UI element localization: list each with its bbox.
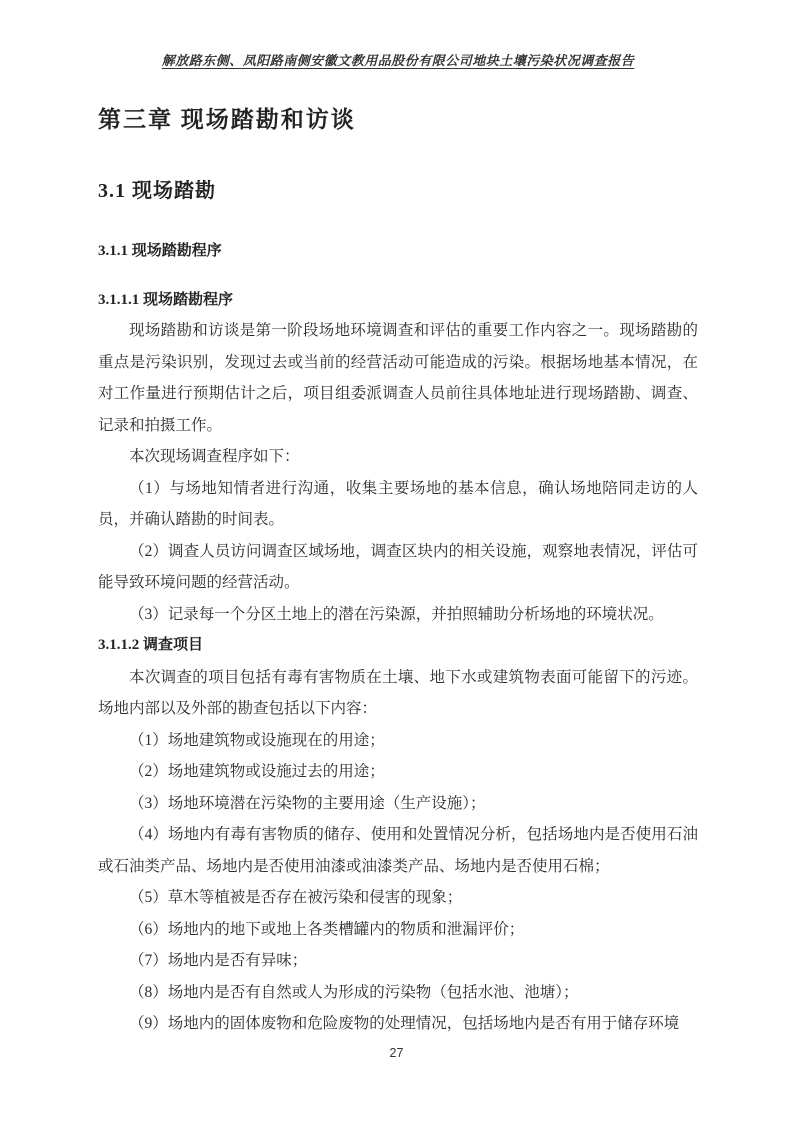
procedure-item: （1）与场地知情者进行沟通，收集主要场地的基本信息，确认场地陪同走访的人员，并确…: [98, 473, 698, 536]
subsubsection-title: 3.1.1.1 现场踏勘程序: [98, 288, 698, 309]
page-header: 解放路东侧、凤阳路南侧安徽文教用品股份有限公司地块土壤污染状况调查报告: [98, 50, 698, 69]
survey-item: （9）场地内的固体废物和危险废物的处理情况，包括场地内是否有用于储存环境: [98, 1008, 698, 1040]
page-number: 27: [0, 1046, 793, 1060]
survey-item: （3）场地环境潜在污染物的主要用途（生产设施）；: [98, 788, 698, 820]
survey-item: （8）场地内是否有自然或人为形成的污染物（包括水池、池塘）；: [98, 977, 698, 1009]
survey-heading: 3.1.1.2 调查项目: [98, 630, 698, 662]
chapter-title: 第三章 现场踏勘和访谈: [98, 101, 698, 134]
paragraph-procedure-lead: 本次现场调查程序如下：: [98, 441, 698, 473]
procedure-item: （2）调查人员访问调查区域场地，调查区块内的相关设施，观察地表情况，评估可能导致…: [98, 536, 698, 599]
survey-item: （1）场地建筑物或设施现在的用途；: [98, 725, 698, 757]
survey-item: （6）场地内的地下或地上各类槽罐内的物质和泄漏评价；: [98, 914, 698, 946]
survey-item: （5）草木等植被是否存在被污染和侵害的现象；: [98, 882, 698, 914]
survey-item: （2）场地建筑物或设施过去的用途；: [98, 756, 698, 788]
procedure-item: （3）记录每一个分区土地上的潜在污染源，并拍照辅助分析场地的环境状况。: [98, 599, 698, 631]
survey-item: （7）场地内是否有异味；: [98, 945, 698, 977]
paragraph-intro: 现场踏勘和访谈是第一阶段场地环境调查和评估的重要工作内容之一。现场踏勘的重点是污…: [98, 315, 698, 441]
body-text: 现场踏勘和访谈是第一阶段场地环境调查和评估的重要工作内容之一。现场踏勘的重点是污…: [98, 315, 698, 1040]
section-title: 3.1 现场踏勘: [98, 174, 698, 203]
document-page: 解放路东侧、凤阳路南侧安徽文教用品股份有限公司地块土壤污染状况调查报告 第三章 …: [0, 0, 793, 1122]
survey-item: （4）场地内有毒有害物质的储存、使用和处置情况分析，包括场地内是否使用石油或石油…: [98, 819, 698, 882]
paragraph-survey-lead: 本次调查的项目包括有毒有害物质在土壤、地下水或建筑物表面可能留下的污迹。场地内部…: [98, 662, 698, 725]
subsection-title: 3.1.1 现场踏勘程序: [98, 239, 698, 260]
